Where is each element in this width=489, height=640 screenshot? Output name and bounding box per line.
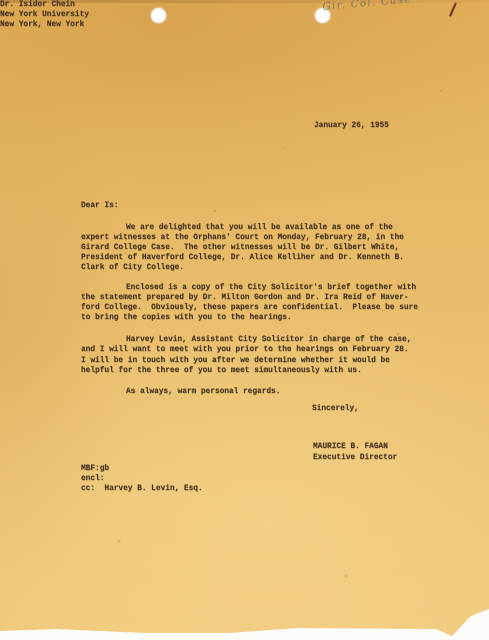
personal-regards-line: As always, warm personal regards. bbox=[126, 387, 280, 397]
recipient-name: Dr. Isidor Chein bbox=[0, 0, 489, 10]
recipient-address-block: Dr. Isidor Chein New York University New… bbox=[0, 0, 489, 30]
body-paragraph-2: Enclosed is a copy of the City Solicitor… bbox=[81, 283, 418, 323]
signature-title: Executive Director bbox=[313, 453, 397, 463]
scanned-letter-page: Gir. Col. Case January 26, 1955 Dr. Isid… bbox=[0, 0, 489, 640]
letter-date: January 26, 1955 bbox=[314, 121, 389, 131]
body-paragraph-1: We are delighted that you will be availa… bbox=[81, 223, 404, 273]
signature-name: MAURICE B. FAGAN bbox=[313, 442, 388, 452]
recipient-city: New York, New York bbox=[0, 20, 489, 30]
recipient-organization: New York University bbox=[0, 10, 489, 20]
typist-initials: MBF:gb bbox=[81, 464, 109, 474]
valediction: Sincerely, bbox=[312, 404, 359, 414]
body-paragraph-3: Harvey Levin, Assistant City Solicitor i… bbox=[81, 335, 411, 377]
cc-notation: cc: Harvey B. Levin, Esq. bbox=[81, 484, 203, 494]
salutation: Dear Is: bbox=[81, 201, 118, 211]
enclosure-notation: encl: bbox=[81, 474, 104, 484]
